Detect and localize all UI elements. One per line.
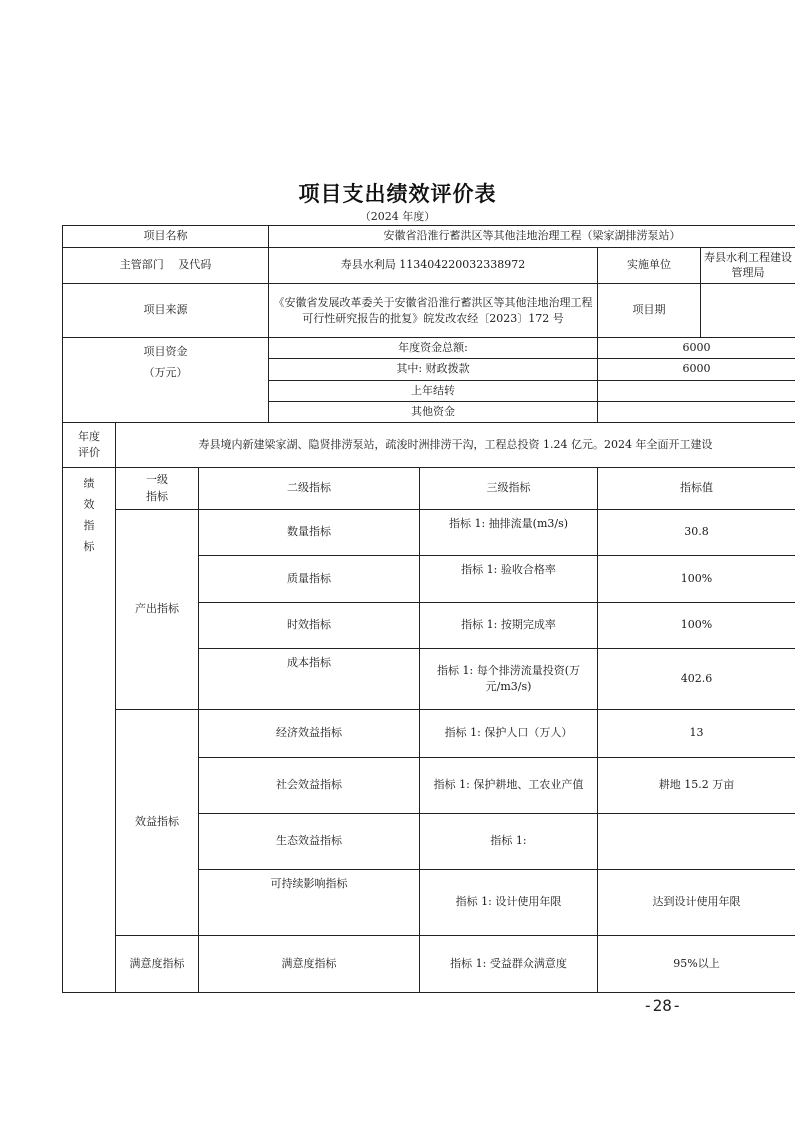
document-title: 项目支出绩效评价表 — [0, 178, 795, 208]
performance-evaluation-table: 项目名称 安徽省沿淮行蓄洪区等其他洼地治理工程（梁家湖排涝泵站） 主管部门 及代… — [62, 225, 795, 993]
annual-evaluation-label: 年度 评价 — [63, 423, 116, 468]
level3-cell: 指标 1: 验收合格率 — [420, 556, 598, 603]
funds-row-label: 上年结转 — [269, 381, 598, 402]
funds-row-label: 其中: 财政拨款 — [269, 359, 598, 381]
impl-unit-value: 寿县水利工程建设管理局 — [701, 248, 795, 284]
project-source-value: 《安徽省发展改革委关于安徽省沿淮行蓄洪区等其他洼地治理工程可行性研究报告的批复》… — [269, 284, 598, 338]
row-department: 主管部门 及代码 寿县水利局 113404220032338972 实施单位 寿… — [63, 248, 795, 284]
impl-unit-label: 实施单位 — [598, 248, 701, 284]
header-level1: 一级 指标 — [116, 468, 199, 510]
performance-indicator-side-label: 绩 效 指 标 — [63, 468, 116, 993]
document-year: （2024 年度） — [0, 208, 795, 224]
level3-cell: 指标 1: 保护人口（万人） — [420, 710, 598, 758]
header-value: 指标值 — [598, 468, 795, 510]
level2-cell: 数量指标 — [199, 510, 420, 556]
project-name-label: 项目名称 — [63, 226, 269, 248]
level2-cell: 质量指标 — [199, 556, 420, 603]
funds-row-value — [598, 402, 795, 423]
level2-cell: 经济效益指标 — [199, 710, 420, 758]
funds-label-line1: 项目资金 — [66, 344, 265, 361]
indicator-row: 产出指标 数量指标 指标 1: 抽排流量(m3/s) 30.8 — [63, 510, 795, 556]
value-cell: 100% — [598, 556, 795, 603]
project-period-value — [701, 284, 795, 338]
funds-label-line2: （万元） — [66, 365, 265, 382]
row-project-source: 项目来源 《安徽省发展改革委关于安徽省沿淮行蓄洪区等其他洼地治理工程可行性研究报… — [63, 284, 795, 338]
funds-row-label: 其他资金 — [269, 402, 598, 423]
project-name-value: 安徽省沿淮行蓄洪区等其他洼地治理工程（梁家湖排涝泵站） — [269, 226, 795, 248]
level1-satisfaction: 满意度指标 — [116, 936, 199, 993]
funds-row-label: 年度资金总额: — [269, 338, 598, 359]
value-cell: 达到设计使用年限 — [598, 870, 795, 936]
level2-cell: 生态效益指标 — [199, 814, 420, 870]
annual-evaluation-text: 寿县境内新建梁家湖、隐贤排涝泵站，疏浚时洲排涝干沟，工程总投资 1.24 亿元。… — [116, 423, 795, 468]
level3-cell: 指标 1: 设计使用年限 — [420, 870, 598, 936]
row-annual-evaluation: 年度 评价 寿县境内新建梁家湖、隐贤排涝泵站，疏浚时洲排涝干沟，工程总投资 1.… — [63, 423, 795, 468]
project-funds-label: 项目资金 （万元） — [63, 338, 269, 423]
header-level2: 二级指标 — [199, 468, 420, 510]
level2-cell: 时效指标 — [199, 603, 420, 649]
row-indicator-header: 绩 效 指 标 一级 指标 二级指标 三级指标 指标值 — [63, 468, 795, 510]
funds-row-value: 6000 — [598, 359, 795, 381]
department-label: 主管部门 及代码 — [63, 248, 269, 284]
value-cell: 耕地 15.2 万亩 — [598, 758, 795, 814]
level3-cell: 指标 1: 抽排流量(m3/s) — [420, 510, 598, 556]
header-level3: 三级指标 — [420, 468, 598, 510]
department-value: 寿县水利局 113404220032338972 — [269, 248, 598, 284]
level2-cell: 可持续影响指标 — [199, 870, 420, 936]
level2-cell: 成本指标 — [199, 649, 420, 710]
value-cell — [598, 814, 795, 870]
level1-output: 产出指标 — [116, 510, 199, 710]
level3-cell: 指标 1: 受益群众满意度 — [420, 936, 598, 993]
level3-cell: 指标 1: 每个排涝流量投资(万元/m3/s) — [420, 649, 598, 710]
value-cell: 100% — [598, 603, 795, 649]
level3-cell: 指标 1: — [420, 814, 598, 870]
funds-row-value: 6000 — [598, 338, 795, 359]
indicator-row: 效益指标 经济效益指标 指标 1: 保护人口（万人） 13 — [63, 710, 795, 758]
project-period-label: 项目期 — [598, 284, 701, 338]
value-cell: 95%以上 — [598, 936, 795, 993]
level3-cell: 指标 1: 按期完成率 — [420, 603, 598, 649]
page-number: -28- — [643, 996, 682, 1015]
value-cell: 13 — [598, 710, 795, 758]
level2-cell: 社会效益指标 — [199, 758, 420, 814]
level2-cell: 满意度指标 — [199, 936, 420, 993]
row-funds-total: 项目资金 （万元） 年度资金总额: 6000 — [63, 338, 795, 359]
value-cell: 402.6 — [598, 649, 795, 710]
level3-cell: 指标 1: 保护耕地、工农业产值 — [420, 758, 598, 814]
value-cell: 30.8 — [598, 510, 795, 556]
project-source-label: 项目来源 — [63, 284, 269, 338]
level1-benefit: 效益指标 — [116, 710, 199, 936]
row-project-name: 项目名称 安徽省沿淮行蓄洪区等其他洼地治理工程（梁家湖排涝泵站） — [63, 226, 795, 248]
funds-row-value — [598, 381, 795, 402]
indicator-row: 满意度指标 满意度指标 指标 1: 受益群众满意度 95%以上 — [63, 936, 795, 993]
